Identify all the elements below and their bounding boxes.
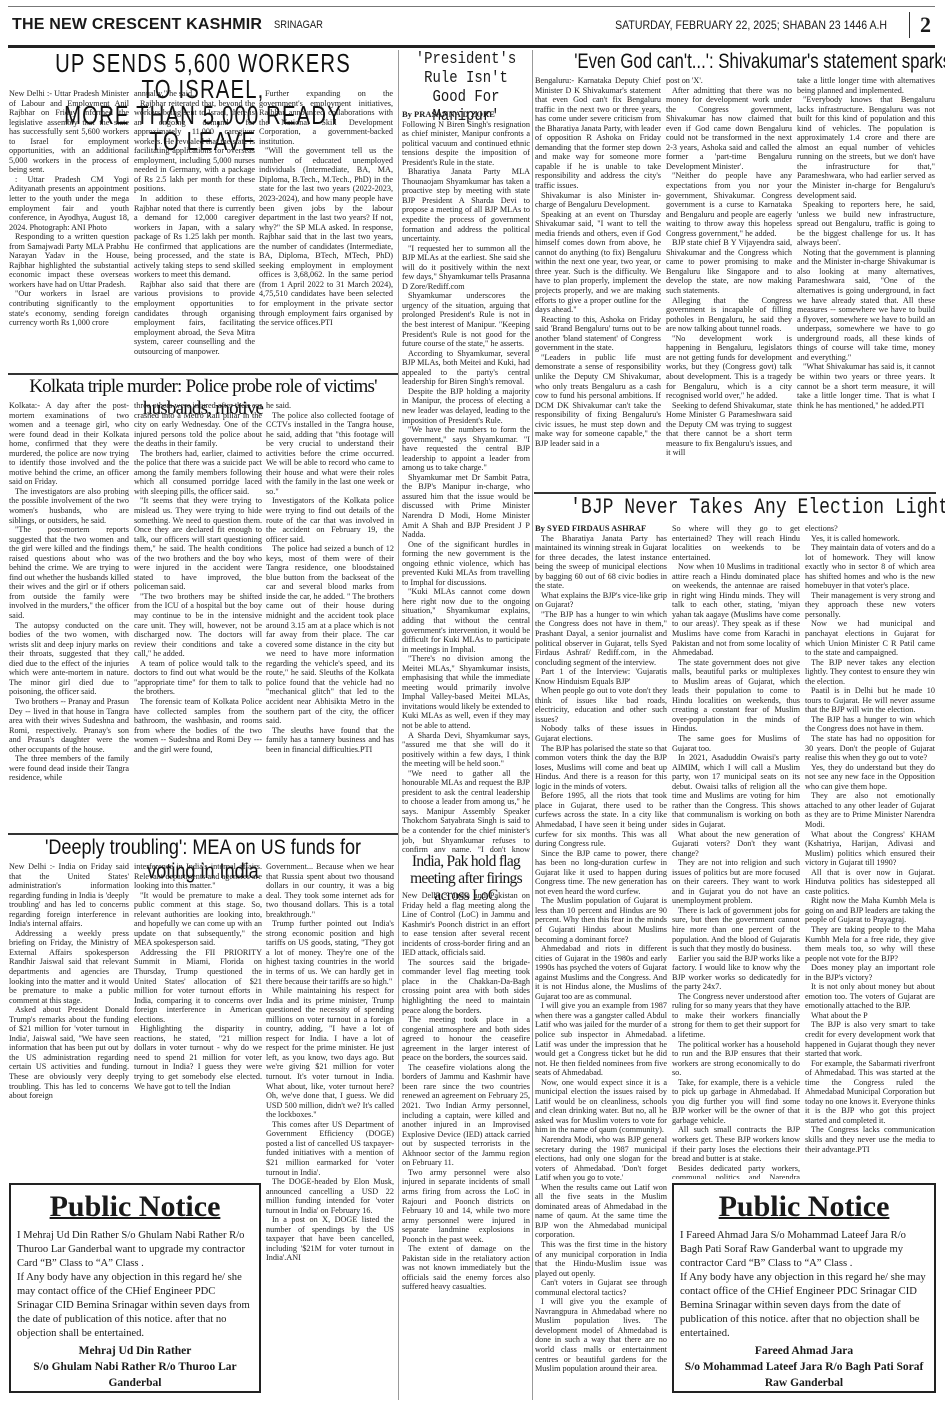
paragraph: In addition to these efforts, Rajbhar no…	[134, 194, 255, 280]
paragraph: The police had seized a bunch of 12 keys…	[266, 544, 394, 725]
paragraph: What about the new generation of Gujarat…	[672, 830, 800, 859]
paragraph: So where will they go to get entertained…	[672, 524, 800, 562]
paragraph: What about the Congress' KHAM (Kshatriya…	[805, 830, 935, 868]
kolkata-col-1: Kolkata:- A day after the post-mortem ex…	[9, 401, 129, 826]
paragraph: According to Shyamkumar, several BJP MLA…	[402, 349, 530, 387]
paragraph: One of the significant hurdles in formin…	[402, 540, 530, 588]
mea-col-3: Government... Because when we hear that …	[266, 862, 394, 1397]
paragraph: annually," he said.	[134, 89, 255, 99]
paragraph: Trump further pointed out India's strong…	[266, 919, 394, 986]
paragraph: "Kuki MLAs cannot come down here right n…	[402, 587, 530, 654]
paragraph: Now, one would expect since it is a muni…	[535, 1078, 667, 1135]
paragraph: Highlighting the disparity in reactions,…	[134, 1024, 262, 1091]
paragraph: For example, the Sabarmati riverfront of…	[805, 1059, 935, 1126]
paragraph: "Everybody knows that Bengaluru lacks in…	[797, 95, 935, 200]
notice-signature: Mehraj Ud Din Rather S/o Ghulam Nabi Rat…	[17, 1343, 253, 1391]
paragraph: "The two brothers may be shifted from th…	[134, 592, 262, 659]
paragraph: take a little longer time with alternati…	[797, 76, 935, 95]
shivakumar-col-3: take a little longer time with alternati…	[797, 76, 935, 486]
column-divider	[532, 50, 533, 1400]
paragraph: "Leaders in public life must demonstrate…	[535, 353, 661, 448]
paragraph: Despite the BJP holding a majority in Ma…	[402, 387, 530, 425]
paragraph: Does money play an important role in the…	[805, 963, 935, 982]
paragraph: What about the P	[805, 1011, 935, 1021]
notice-text: I Mehraj Ud Din Rather S/o Ghulam Nabi R…	[17, 1229, 253, 1271]
paragraph: Further expanding on the government's em…	[259, 89, 393, 146]
paragraph: elections?	[805, 524, 935, 534]
paragraph: The investigators are also probing the p…	[9, 487, 129, 525]
paragraph: "It would be premature to make a public …	[134, 891, 262, 948]
paragraph: Kolkata:- A day after the post-mortem ex…	[9, 401, 129, 487]
paragraph: The same goes for Muslims of Gujarat too…	[672, 734, 800, 753]
paragraph: "Will the government tell us the number …	[259, 146, 393, 327]
notice-signature: Fareed Ahmad Jara S/o Mohammad Lateef Ja…	[680, 1343, 928, 1391]
newspaper-title: THE NEW CRESCENT KASHMIR	[12, 16, 262, 34]
notice-body: I Mehraj Ud Din Rather S/o Ghulam Nabi R…	[17, 1229, 253, 1341]
notice-text: I Fareed Ahmad Jara S/o Mohammad Lateef …	[680, 1229, 928, 1271]
paragraph: The meeting took place in a congenial at…	[402, 1015, 530, 1063]
byline: By PRASANNA D ZORE	[402, 110, 530, 120]
byline: By SYED FIRDAUS ASHRAF	[535, 524, 667, 534]
paragraph: The forensic team of Kolkata Police have…	[134, 697, 262, 754]
paragraph: Bengaluru:- Karnataka Deputy Chief Minis…	[535, 76, 661, 191]
paragraph: Nobody talks of these issues in Gujarat …	[535, 724, 667, 743]
paragraph: Alleging that the Congress government is…	[666, 296, 792, 334]
column-divider	[398, 50, 399, 1400]
paragraph: "No development work is happening in Ben…	[666, 334, 792, 401]
up-workers-col-2: annually," he said. Rajbhar reiterated t…	[134, 89, 255, 369]
paragraph: Narendra Modi, who was BJP general secre…	[535, 1135, 667, 1183]
loc-col: New Delhi :- India and Pakistan on Frida…	[402, 891, 530, 1399]
paragraph: This was the first time in the history o…	[535, 1240, 667, 1278]
kolkata-col-3: he said. The police also collected foota…	[266, 401, 394, 826]
paragraph: The Muslim population of Gujarat is less…	[535, 896, 667, 944]
paragraph: They are also not emotionally attached t…	[805, 791, 935, 829]
paragraph: The sleuths have found that the family h…	[266, 726, 394, 755]
paragraph: "What Shivakumar has said is, it cannot …	[797, 362, 935, 410]
notice-body: I Fareed Ahmad Jara S/o Mohammad Lateef …	[680, 1229, 928, 1341]
paragraph: The state government does not give malls…	[672, 658, 800, 734]
paragraph: Paatil is in Delhi but he made 10 tours …	[805, 686, 935, 715]
up-workers-col-3: Further expanding on the government's em…	[259, 89, 393, 369]
signatory-name: Mehraj Ud Din Rather	[17, 1343, 253, 1359]
paragraph: Now we had municipal and panchayat elect…	[805, 619, 935, 657]
paragraph: The BJP never takes any election lightly…	[805, 658, 935, 687]
paragraph: All that is over now in Gujarat. Hindutv…	[805, 868, 935, 897]
paragraph: The BJP has polarised the state so that …	[535, 744, 667, 792]
paragraph: The Congress lacks communication skills …	[805, 1125, 935, 1154]
paragraph: Addressing the FII PRIORITY Summit in Mi…	[134, 948, 262, 1024]
paragraph: Ahmedabad and riots in different cities …	[535, 944, 667, 1001]
paragraph: Shyamkumar met Dr Sambit Patra, the BJP'…	[402, 473, 530, 540]
bjp-col-2: So where will they go to get entertained…	[672, 524, 800, 1179]
paragraph: The BJP has a hunger to win which the Co…	[805, 715, 935, 734]
paragraph: Yes, they do understand but they do not …	[805, 763, 935, 792]
masthead-divider	[909, 12, 910, 38]
paragraph: The police also collected footage of CCT…	[266, 411, 394, 497]
paragraph: The ceasefire violations along the borde…	[402, 1063, 530, 1168]
paragraph: "The post-mortem reports suggested that …	[9, 525, 129, 620]
paragraph: Two brothers -- Pranay and Prasun Dey --…	[9, 697, 129, 754]
mea-col-2: interference in India's internal affairs…	[134, 862, 262, 1172]
public-notice-ad-2: Public Notice I Fareed Ahmad Jara S/o Mo…	[672, 1183, 936, 1393]
manipur-col: By PRASANNA D ZORE Following N Biren Sin…	[402, 110, 530, 852]
paragraph: "We need to gather all the honourable ML…	[402, 769, 530, 852]
paragraph: Rajbhar also said that there are various…	[134, 280, 255, 356]
paragraph: "There's no division among the Meitei ML…	[402, 654, 530, 730]
paragraph: Seeking to defend Shivakumar, state Home…	[666, 401, 792, 458]
paragraph: The three members of the family were fou…	[9, 754, 129, 783]
paragraph: Bharatiya Janata Party MLA Thounaojam Sh…	[402, 167, 530, 243]
paragraph: The Bharatiya Janata Party has maintaine…	[535, 534, 667, 591]
paragraph: A team of police would talk to the docto…	[134, 659, 262, 697]
masthead: THE NEW CRESCENT KASHMIR SRINAGAR SATURD…	[8, 6, 935, 44]
paragraph: "We have the numbers to form the governm…	[402, 425, 530, 473]
paragraph: The brothers had, earlier, claimed to th…	[134, 449, 262, 497]
photo-caption: : Uttar Pradesh CM Yogi Adityanath prese…	[9, 175, 129, 232]
notice-title: Public Notice	[17, 1189, 253, 1225]
public-notice-ad-1: Public Notice I Mehraj Ud Din Rather S/o…	[9, 1183, 261, 1393]
paragraph: They maintain data of voters and do a lo…	[805, 543, 935, 591]
paragraph: The political worker has a household to …	[672, 1040, 800, 1078]
paragraph: "I requested her to summon all the BJP M…	[402, 244, 530, 292]
paragraph: Government... Because when we hear that …	[266, 862, 394, 919]
paragraph: Noting that the government is planning a…	[797, 248, 935, 363]
paragraph: In 2021, Asaduddin Owaisi's party AIMIM,…	[672, 753, 800, 829]
paragraph: Take, for example, there is a vehicle to…	[672, 1078, 800, 1126]
paragraph: The Congress never understood after ruli…	[672, 992, 800, 1040]
paragraph: Speaking to reporters here, he said, 'un…	[797, 200, 935, 248]
paragraph: "Our workers in Israel are contributing …	[9, 289, 129, 327]
paragraph: In a post on X, DOGE listed the number o…	[266, 1215, 394, 1263]
paragraph: When the results came out Latif won all …	[535, 1183, 667, 1240]
paragraph: Now when 10 Muslims in traditional attir…	[672, 562, 800, 657]
paragraph: After admitting that there was no money …	[666, 86, 792, 172]
paragraph: New Delhi :- India and Pakistan on Frida…	[402, 891, 530, 958]
paragraph: Shivakumar is also Minister in-charge of…	[535, 191, 661, 210]
paragraph: While maintaining his respect for India …	[266, 986, 394, 1120]
issue-date: SATURDAY, FEBRUARY 22, 2025; SHABAN 23 1…	[615, 18, 887, 32]
paragraph: I will give you an example from 1987 whe…	[535, 1001, 667, 1077]
paragraph: Asked about President Donald Trump's rem…	[9, 1005, 129, 1100]
paragraph: Speaking at an event on Thursday Shivaku…	[535, 210, 661, 315]
paragraph: I will give you the example of Navrangpu…	[535, 1297, 667, 1373]
paragraph: Addressing a weekly press briefing on Fr…	[9, 929, 129, 1005]
mea-col-1: New Delhi :- India on Friday said that t…	[9, 862, 129, 1172]
section-rule	[8, 373, 398, 375]
paragraph: It is not only about money but about emo…	[805, 982, 935, 1011]
paragraph: Earlier you said the BJP works like a fa…	[672, 954, 800, 992]
edition-city: SRINAGAR	[274, 19, 323, 31]
bjp-col-3: elections? Yes, it is called homework. T…	[805, 524, 935, 1179]
paragraph: The sources said the brigade-commander l…	[402, 958, 530, 1015]
paragraph: Two army personnel were also injured in …	[402, 1168, 530, 1244]
paragraph: When people go out to vote don't they th…	[535, 686, 667, 724]
section-rule	[534, 492, 936, 494]
paragraph: All such small contracts the BJP workers…	[672, 1125, 800, 1163]
paragraph: They are not into religion and such issu…	[672, 858, 800, 906]
paragraph: Reacting to this, Ashoka on Friday said …	[535, 315, 661, 353]
paragraph: Following N Biren Singh's resignation as…	[402, 120, 530, 168]
paragraph: Rajbhar reiterated that, beyond the work…	[134, 99, 255, 194]
paragraph: The DOGE-headed by Elon Musk, announced …	[266, 1177, 394, 1215]
paragraph: Shyamkumar underscores the urgency of th…	[402, 291, 530, 348]
headline-shivakumar: 'Even God can't...': Shivakumar's statem…	[574, 50, 896, 74]
notice-title: Public Notice	[680, 1189, 928, 1225]
paragraph: Investigators of the Kolkata police were…	[266, 496, 394, 544]
paragraph: What explains the BJP's vice-like grip o…	[535, 591, 667, 610]
signatory-detail: S/o Ghulam Nabi Rather R/o Thuroo Lar Ga…	[17, 1359, 253, 1391]
paragraph: Before 1995, all the riots that took pla…	[535, 791, 667, 848]
paragraph: BJP state chief B Y Vijayendra said, Shi…	[666, 238, 792, 295]
paragraph: he said.	[266, 401, 394, 411]
paragraph: Part 1 of the Interview: 'Gujaratis Know…	[535, 667, 667, 686]
up-workers-col-1: New Delhi :- Uttar Pradesh Minister of L…	[9, 89, 129, 369]
notice-text: If Any body have any objection in this r…	[17, 1271, 253, 1341]
headline-bjp-gujarat: 'BJP Never Takes Any Election Lightly'	[570, 495, 900, 521]
paragraph: Responding to a written question from Sa…	[9, 232, 129, 289]
paragraph: "The BJP has a hunger to win which the C…	[535, 610, 667, 667]
paragraph: Right now the Maha Kumbh Mela is going o…	[805, 896, 935, 925]
paragraph: Yes, it is called homework.	[805, 534, 935, 544]
paragraph: The extent of damage on the Pakistan sid…	[402, 1244, 530, 1292]
paragraph: The autopsy conducted on the bodies of t…	[9, 621, 129, 697]
kolkata-col-2: three others were injured after their ca…	[134, 401, 262, 826]
shivakumar-col-2: post on 'X'. After admitting that there …	[666, 76, 792, 486]
section-rule	[8, 833, 398, 835]
paragraph: Since the BJP came to power, there has b…	[535, 849, 667, 897]
paragraph: interference in India's internal affairs…	[134, 862, 262, 891]
paragraph: They are taking people to the Maha Kumbh…	[805, 925, 935, 963]
signatory-detail: S/o Mohammad Lateef Jara R/o Bagh Pati S…	[680, 1359, 928, 1391]
page-number: 2	[920, 12, 931, 38]
paragraph: post on 'X'.	[666, 76, 792, 86]
notice-text: If Any body have any objection in this r…	[680, 1271, 928, 1341]
paragraph: There is lack of government jobs for sur…	[672, 906, 800, 954]
paragraph: The BJP is also very smart to take credi…	[805, 1020, 935, 1058]
paragraph: New Delhi :- Uttar Pradesh Minister of L…	[9, 89, 129, 175]
paragraph: "Neither do people have any expectations…	[666, 171, 792, 238]
paragraph: Besides dedicated party workers, communa…	[672, 1164, 800, 1179]
bjp-col-1: By SYED FIRDAUS ASHRAF The Bharatiya Jan…	[535, 524, 667, 1399]
shivakumar-col-1: Bengaluru:- Karnataka Deputy Chief Minis…	[535, 76, 661, 486]
paragraph: Can't voters in Gujarat see through comm…	[535, 1278, 667, 1297]
paragraph: A Sharda Devi, Shyamkumar says, "assured…	[402, 731, 530, 769]
signatory-name: Fareed Ahmad Jara	[680, 1343, 928, 1359]
paragraph: New Delhi :- India on Friday said that t…	[9, 862, 129, 929]
paragraph: This comes after US Department of Govern…	[266, 1120, 394, 1177]
paragraph: three others were injured after their ca…	[134, 401, 262, 449]
paragraph: The state has had no opposition for 30 y…	[805, 734, 935, 763]
paragraph: "It seems that they were trying to misle…	[134, 496, 262, 591]
paragraph: Their management is very strong and they…	[805, 591, 935, 620]
